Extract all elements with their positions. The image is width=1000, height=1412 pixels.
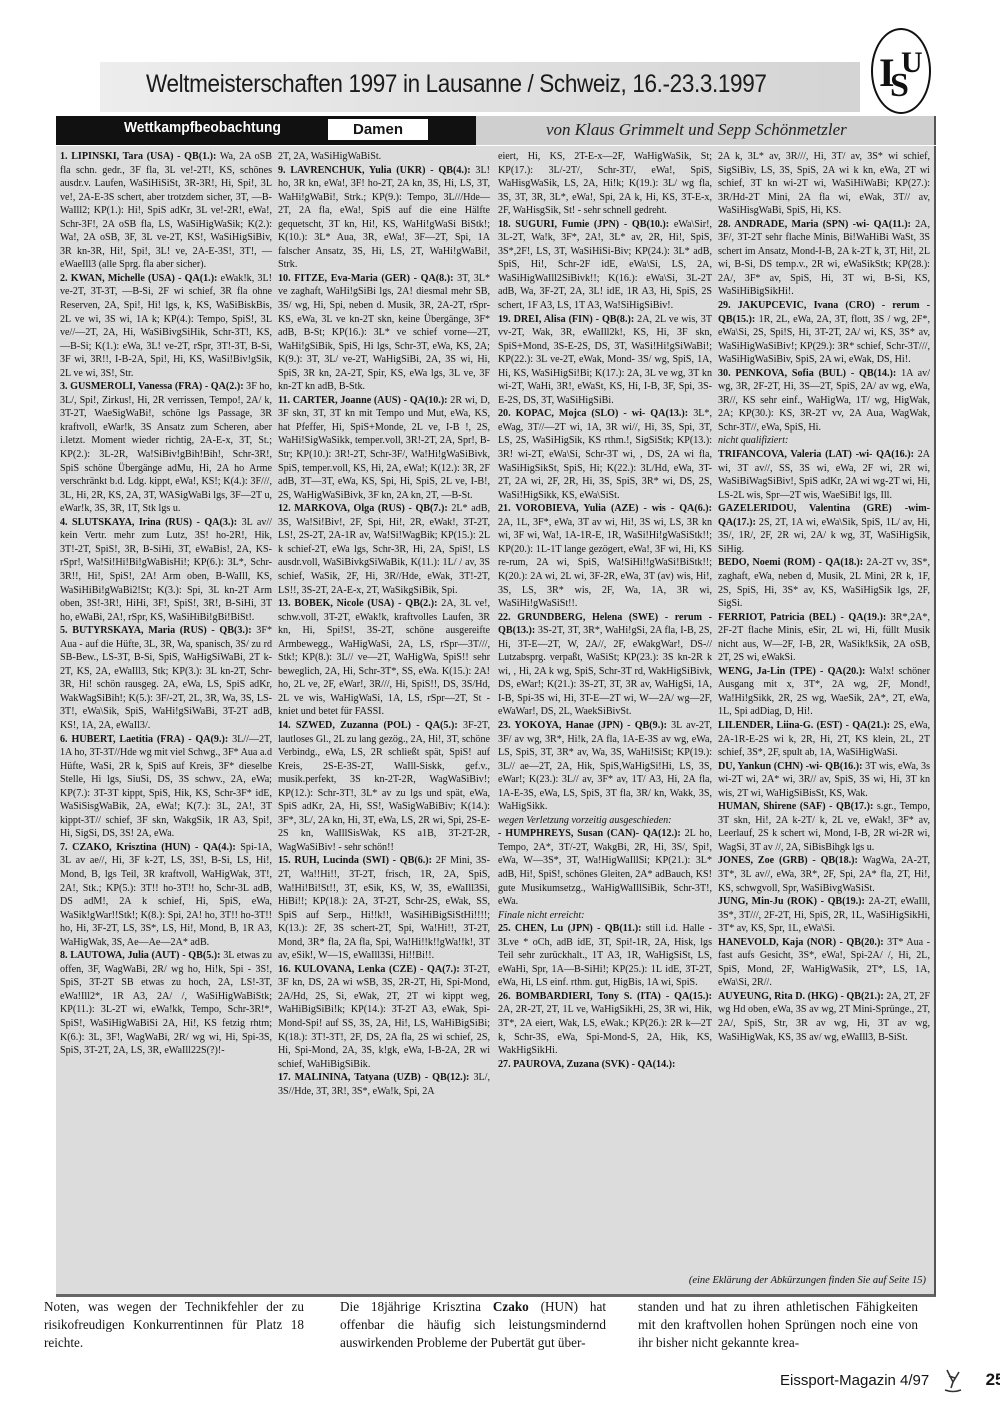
skater-entry: LILENDER, Liina-G. (EST) - QA(21.): 2S, … <box>718 719 930 760</box>
body-text-col2-name: Czako <box>493 1299 529 1314</box>
skater-heading: 1. LIPINSKI, Tara (USA) - QB(1.): <box>60 151 216 162</box>
skater-heading: 15. RUH, Lucinda (SWI) - QB(6.): <box>278 855 432 866</box>
skater-entry: TRIFANCOVA, Valeria (LAT) -wi- QA(16.): … <box>718 448 930 502</box>
body-text-col3: standen und hat zu ihren athletischen Fä… <box>638 1298 918 1352</box>
skater-notes: 3F* Aua - auf die Hüfte, 3L, 3R, Wa, spa… <box>60 625 272 731</box>
skater-heading: 25. CHEN, Lu (JPN) - QB(11.): <box>498 923 642 934</box>
skater-heading: 6. HUBERT, Laetitia (FRA) - QA(9.): <box>60 734 228 745</box>
skater-entry: HUMAN, Shirene (SAF) - QB(17.): s.gr., T… <box>718 800 930 854</box>
column-2: 2T, 2A, WaSiHigWaBiSt.9. LAVRENCHUK, Yul… <box>278 150 490 1098</box>
skater-notes: eWak!k, 3L! ve-2T, 3T-3T, —B-Si, 2F wi s… <box>60 273 272 379</box>
skater-heading: 21. VOROBIEVA, Yulia (AZE) - wis - QA(6.… <box>498 503 712 514</box>
skater-entry: 4. SLUTSKAYA, Irina (RUS) - QA(3.): 3L a… <box>60 516 272 624</box>
body-text-col2: Die 18jährige Krisztina Czako (HUN) hat … <box>340 1298 606 1352</box>
skater-entry: BEDO, Noemi (ROM) - QA(18.): 2A-2T vv, 3… <box>718 556 930 610</box>
section-tag: Damen <box>328 119 428 140</box>
skater-entry: JUNG, Min-Ju (ROK) - QB(19.): 2A-2T, eWa… <box>718 895 930 936</box>
skater-entry: 20. KOPAC, Mojca (SLO) - wi- QA(13.): 3L… <box>498 407 712 502</box>
skater-entry: 29. JAKUPCEVIC, Ivana (CRO) - rerum - QB… <box>718 299 930 367</box>
column-4: 2A k, 3L* av, 3R///, Hi, 3T/ av, 3S* wi … <box>718 150 930 1044</box>
skater-heading: 30. PENKOVA, Sofia (BUL) - QB(14.): <box>718 368 896 379</box>
svg-text:U: U <box>901 46 923 79</box>
skater-entry: 26. BOMBARDIERI, Tony S. (ITA) - QA(15.)… <box>498 990 712 1058</box>
skater-entry: 10. FITZE, Eva-Maria (GER) - QA(8.): 3T,… <box>278 272 490 394</box>
skater-notes: 2A k, 3L* av, 3R///, Hi, 3T/ av, 3S* wi … <box>718 151 930 216</box>
skater-entry: 7. CZAKO, Krisztina (HUN) - QA(4.): Spi-… <box>60 841 272 949</box>
skater-entry: 2. KWAN, Michelle (USA) - QA(1.): eWak!k… <box>60 272 272 380</box>
skater-entry: - HUMPHREYS, Susan (CAN)- QA(12.): 2L ho… <box>498 827 712 908</box>
skater-notes: eiert, Hi, KS, 2T-E-x—2F, WaHigWaSik, St… <box>498 151 712 216</box>
skater-heading: HUMAN, Shirene (SAF) - QB(17.): <box>718 801 873 812</box>
skater-entry: 9. LAVRENCHUK, Yulia (UKR) - QB(4.): 3L!… <box>278 164 490 272</box>
skater-notes: 2A, 3F/, 3T-2T sehr flache Minis, Bi!WaH… <box>718 219 930 298</box>
skater-entry: 2A k, 3L* av, 3R///, Hi, 3T/ av, 3S* wi … <box>718 150 930 218</box>
skater-entry: 18. SUGURI, Fumie (JPN) - QB(10.): eWa\S… <box>498 218 712 313</box>
skater-notes: 3S-2T, 3T, 3R*, WaHi!gSi, 2A fla, I-B, 2… <box>498 625 712 717</box>
skater-notes: 3L//—2T, 1A ho, 3T-3T//Hde wg mit viel S… <box>60 734 272 840</box>
page-title: Weltmeisterschaften 1997 in Lausanne / S… <box>146 70 767 99</box>
skater-heading: 10. FITZE, Eva-Maria (GER) - QA(8.): <box>278 273 453 284</box>
skater-entry: 19. DREI, Alisa (FIN) - QB(8.): 2A, 2L v… <box>498 313 712 408</box>
skater-entry: 27. PAUROVA, Zuzana (SVK) - QA(14.): <box>498 1058 712 1072</box>
skater-notes: eWa\Sir!, 3L-2T, Wa!k, 3F*, 2A!, 3L* av,… <box>498 219 712 311</box>
skater-notes: 3T, 3L* ve zaghaft, WaHi!gSiBi lgs, 2A! … <box>278 273 490 392</box>
skater-notes: 2R wi, D, 3F skn, 3T, 3T kn mit Tempo un… <box>278 395 490 501</box>
skater-notes: 3L*, eWag, 3T//—2T wi, 1A, 3R wi//, Hi, … <box>498 408 712 500</box>
page-number: 25 <box>986 1370 1000 1389</box>
body-text-col2-pre: Die 18jährige Krisztina <box>340 1299 493 1314</box>
skater-notes: 2L ho, Tempo, 2A*, 3T/-2T, WakgBi, 2R, H… <box>498 828 712 907</box>
skater-notes: 3L av-2T, 3F/ av wg, 3R*, Hi!k, 2A fla, … <box>498 720 712 812</box>
skater-heading: 12. MARKOVA, Olga (RUS) - QB(7.): <box>278 503 448 514</box>
magazine-name: Eissport-Magazin 4/97 <box>780 1372 929 1389</box>
body-text-col1: Noten, was wegen der Technikfehler der z… <box>44 1298 304 1352</box>
skater-notes: 3L av// kein Vertr. mehr zum Lutz, 3S! h… <box>60 517 272 623</box>
skater-entry: 3. GUSMEROLI, Vanessa (FRA) - QA(2.): 3F… <box>60 380 272 515</box>
page-footer: Eissport-Magazin 4/97 25 <box>780 1368 1000 1394</box>
skater-notes: 2L* adB, 3S, Wa!Si!Biv!, 2F, Spi, Hi!, 2… <box>278 503 490 595</box>
skater-heading: DU, Yankun (CHN) -wi- QB(16.): <box>718 761 862 772</box>
section-subheading: Finale nicht erreicht: <box>498 909 712 923</box>
skater-heading: - HUMPHREYS, Susan (CAN)- QA(12.): <box>498 828 681 839</box>
skater-heading: 20. KOPAC, Mojca (SLO) - wi- QA(13.): <box>498 408 688 419</box>
skater-entry: 5. BUTYRSKAYA, Maria (RUS) - QB(3.): 3F*… <box>60 624 272 732</box>
skater-entry: 12. MARKOVA, Olga (RUS) - QB(7.): 2L* ad… <box>278 502 490 597</box>
skater-entry: 8. LAUTOWA, Julia (AUT) - QB(5.): 3L etw… <box>60 949 272 1057</box>
skater-heading: LILENDER, Liina-G. (EST) - QA(21.): <box>718 720 890 731</box>
skater-heading: 27. PAUROVA, Zuzana (SVK) - QA(14.): <box>498 1059 675 1070</box>
section-subheading: wegen Verletzung vorzeitig ausgeschieden… <box>498 814 712 828</box>
skater-entry: 15. RUH, Lucinda (SWI) - QB(6.): 2F Mini… <box>278 854 490 962</box>
skater-entry: 22. GRUNDBERG, Helena (SWE) - rerum - QB… <box>498 611 712 719</box>
skater-heading: 17. MALININA, Tatyana (UZB) - QB(12.): <box>278 1072 469 1083</box>
skater-heading: WENG, Ja-Lin (TPE) - QA(20.): <box>718 666 865 677</box>
skater-entry: JONES, Zoe (GRB) - QB(18.): WagWa, 2A-2T… <box>718 854 930 895</box>
skater-entry: DU, Yankun (CHN) -wi- QB(16.): 3T wis, e… <box>718 760 930 801</box>
skater-heading: 16. KULOVANA, Lenka (CZE) - QA(7.): <box>278 964 460 975</box>
skater-notes: 2F Mini, 3S-2T, Wa!!Hi!!, 3T-2T, frisch,… <box>278 855 490 961</box>
skater-notes: 2T, 2A, WaSiHigWaBiSt. <box>278 151 381 162</box>
isu-logo-icon: I S U <box>871 28 931 114</box>
skater-entry: 21. VOROBIEVA, Yulia (AZE) - wis - QA(6.… <box>498 502 712 610</box>
skater-heading: 11. CARTER, Joanne (AUS) - QA(10.): <box>278 395 448 406</box>
skater-heading: AUYEUNG, Rita D. (HKG) - QB(21.): <box>718 991 884 1002</box>
skater-heading: 19. DREI, Alisa (FIN) - QB(8.): <box>498 314 634 325</box>
skater-entry: 1. LIPINSKI, Tara (USA) - QB(1.): Wa, 2A… <box>60 150 272 272</box>
skater-entry: 2T, 2A, WaSiHigWaBiSt. <box>278 150 490 164</box>
column-3: eiert, Hi, KS, 2T-E-x—2F, WaHigWaSik, St… <box>498 150 712 1071</box>
section-label: Wettkampfbeobachtung <box>124 119 281 136</box>
skater-entry: 16. KULOVANA, Lenka (CZE) - QA(7.): 3T-2… <box>278 963 490 1071</box>
skater-entry: 14. SZWED, Zuzanna (POL) - QA(5.): 3F-2T… <box>278 719 490 854</box>
skater-heading: 2. KWAN, Michelle (USA) - QA(1.): <box>60 273 217 284</box>
section-header: Wettkampfbeobachtung Damen von Klaus Gri… <box>56 116 934 148</box>
skater-heading: JONES, Zoe (GRB) - QB(18.): <box>718 855 858 866</box>
isu-logo-glyph: I S U <box>873 30 929 112</box>
abbreviation-note: (eine Eklärung der Abkürzungen finden Si… <box>689 1274 926 1288</box>
skater-heading: 8. LAUTOWA, Julia (AUT) - QB(5.): <box>60 950 221 961</box>
skater-notes: 3F-2T, lautloses Gl., 2L zu lang gezög.,… <box>278 720 490 853</box>
skater-heading: 5. BUTYRSKAYA, Maria (RUS) - QB(3.): <box>60 625 252 636</box>
skater-entry: 23. YOKOYA, Hanae (JPN) - QB(9.): 3L av-… <box>498 719 712 814</box>
skater-heading: 13. BOBEK, Nicole (USA) - QB(2.): <box>278 598 437 609</box>
skater-notes: 2A, 1L, 3F*, eWa, 3T av wi, Hi!, 3S wi, … <box>498 517 712 609</box>
skater-heading: 3. GUSMEROLI, Vanessa (FRA) - QA(2.): <box>60 381 244 392</box>
skater-entry: 11. CARTER, Joanne (AUS) - QA(10.): 2R w… <box>278 394 490 502</box>
skater-entry: HANEVOLD, Kaja (NOR) - QB(20.): 3T* Aua … <box>718 936 930 990</box>
skater-notes: 2A, 2L ve wis, 3T vv-2T, Wak, 3R, eWaIll… <box>498 314 712 406</box>
skater-heading: 4. SLUTSKAYA, Irina (RUS) - QA(3.): <box>60 517 237 528</box>
section-label-bar: Wettkampfbeobachtung Damen <box>56 116 476 145</box>
column-1: 1. LIPINSKI, Tara (USA) - QB(1.): Wa, 2A… <box>60 150 272 1058</box>
skater-notes: 3L etwas zu offen, 3F, WagWaBi, 2R/ wg h… <box>60 950 272 1056</box>
skater-entry: 30. PENKOVA, Sofia (BUL) - QB(14.): 1A a… <box>718 367 930 435</box>
authors: von Klaus Grimmelt und Sepp Schönmetzler <box>546 120 847 140</box>
skater-heading: HANEVOLD, Kaja (NOR) - QB(20.): <box>718 937 884 948</box>
skater-notes: 2A, 3L ve!, schw.voll, 3T-2T, eWak!k, kr… <box>278 598 490 717</box>
skater-entry: 25. CHEN, Lu (JPN) - QB(11.): still i.d.… <box>498 922 712 990</box>
skater-entry: eiert, Hi, KS, 2T-E-x—2F, WaHigWaSik, St… <box>498 150 712 218</box>
skater-heading: 26. BOMBARDIERI, Tony S. (ITA) - QA(15.)… <box>498 991 712 1002</box>
skater-heading: TRIFANCOVA, Valeria (LAT) -wi- QA(16.): <box>718 449 914 460</box>
skater-notes: 3T-2T, 3F kn, DS, 2A wi wSB, 3S, 2R-2T, … <box>278 964 490 1070</box>
skater-heading: 9. LAVRENCHUK, Yulia (UKR) - QB(4.): <box>278 165 471 176</box>
skater-entry: AUYEUNG, Rita D. (HKG) - QB(21.): 2A, 2T… <box>718 990 930 1044</box>
skater-heading: 18. SUGURI, Fumie (JPN) - QB(10.): <box>498 219 669 230</box>
skater-entry: WENG, Ja-Lin (TPE) - QA(20.): Wa!x! schö… <box>718 665 930 719</box>
skater-notes: Spi-1A, 3L av ae//, Hi, 3F k-2T, LS, 3S!… <box>60 842 272 948</box>
section-subheading: nicht qualifiziert: <box>718 434 930 448</box>
skater-heading: 7. CZAKO, Krisztina (HUN) - QA(4.): <box>60 842 236 853</box>
skater-heading: 14. SZWED, Zuzanna (POL) - QA(5.): <box>278 720 458 731</box>
skater-entry: GAZELERIDOU, Valentina (GRE) -wim- QA(17… <box>718 502 930 556</box>
skater-entry: FERRIOT, Patricia (BEL) - QA(19.): 3R*,2… <box>718 611 930 665</box>
skater-notes: Wa, 2A oSB fla schn. gedr., 3F fla, 3L v… <box>60 151 272 270</box>
skater-entry: 28. ANDRADE, Maria (SPN) -wi- QA(11.): 2… <box>718 218 930 299</box>
observation-panel: 1. LIPINSKI, Tara (USA) - QB(1.): Wa, 2A… <box>56 146 936 1297</box>
skater-heading: 23. YOKOYA, Hanae (JPN) - QB(9.): <box>498 720 667 731</box>
skater-icon <box>941 1368 965 1394</box>
skater-heading: BEDO, Noemi (ROM) - QA(18.): <box>718 557 863 568</box>
skater-notes: 3F ho, 3L/, Spi!, Zirkus!, Hi, 2R verris… <box>60 381 272 514</box>
skater-notes: 2A, 2R-2T, 2T, 1L ve, WaHigSikHi, 2S, 3R… <box>498 1004 712 1056</box>
skater-notes: 3L! ho, 3R kn, eWa!, 3F! ho-2T, 2A kn, 3… <box>278 165 490 271</box>
skater-entry: 17. MALININA, Tatyana (UZB) - QB(12.): 3… <box>278 1071 490 1098</box>
skater-entry: 13. BOBEK, Nicole (USA) - QB(2.): 2A, 3L… <box>278 597 490 719</box>
skater-entry: 6. HUBERT, Laetitia (FRA) - QA(9.): 3L//… <box>60 733 272 841</box>
skater-heading: FERRIOT, Patricia (BEL) - QA(19.): <box>718 612 886 623</box>
skater-heading: JUNG, Min-Ju (ROK) - QB(19.): <box>718 896 865 907</box>
skater-heading: 28. ANDRADE, Maria (SPN) -wi- QA(11.): <box>718 219 911 230</box>
